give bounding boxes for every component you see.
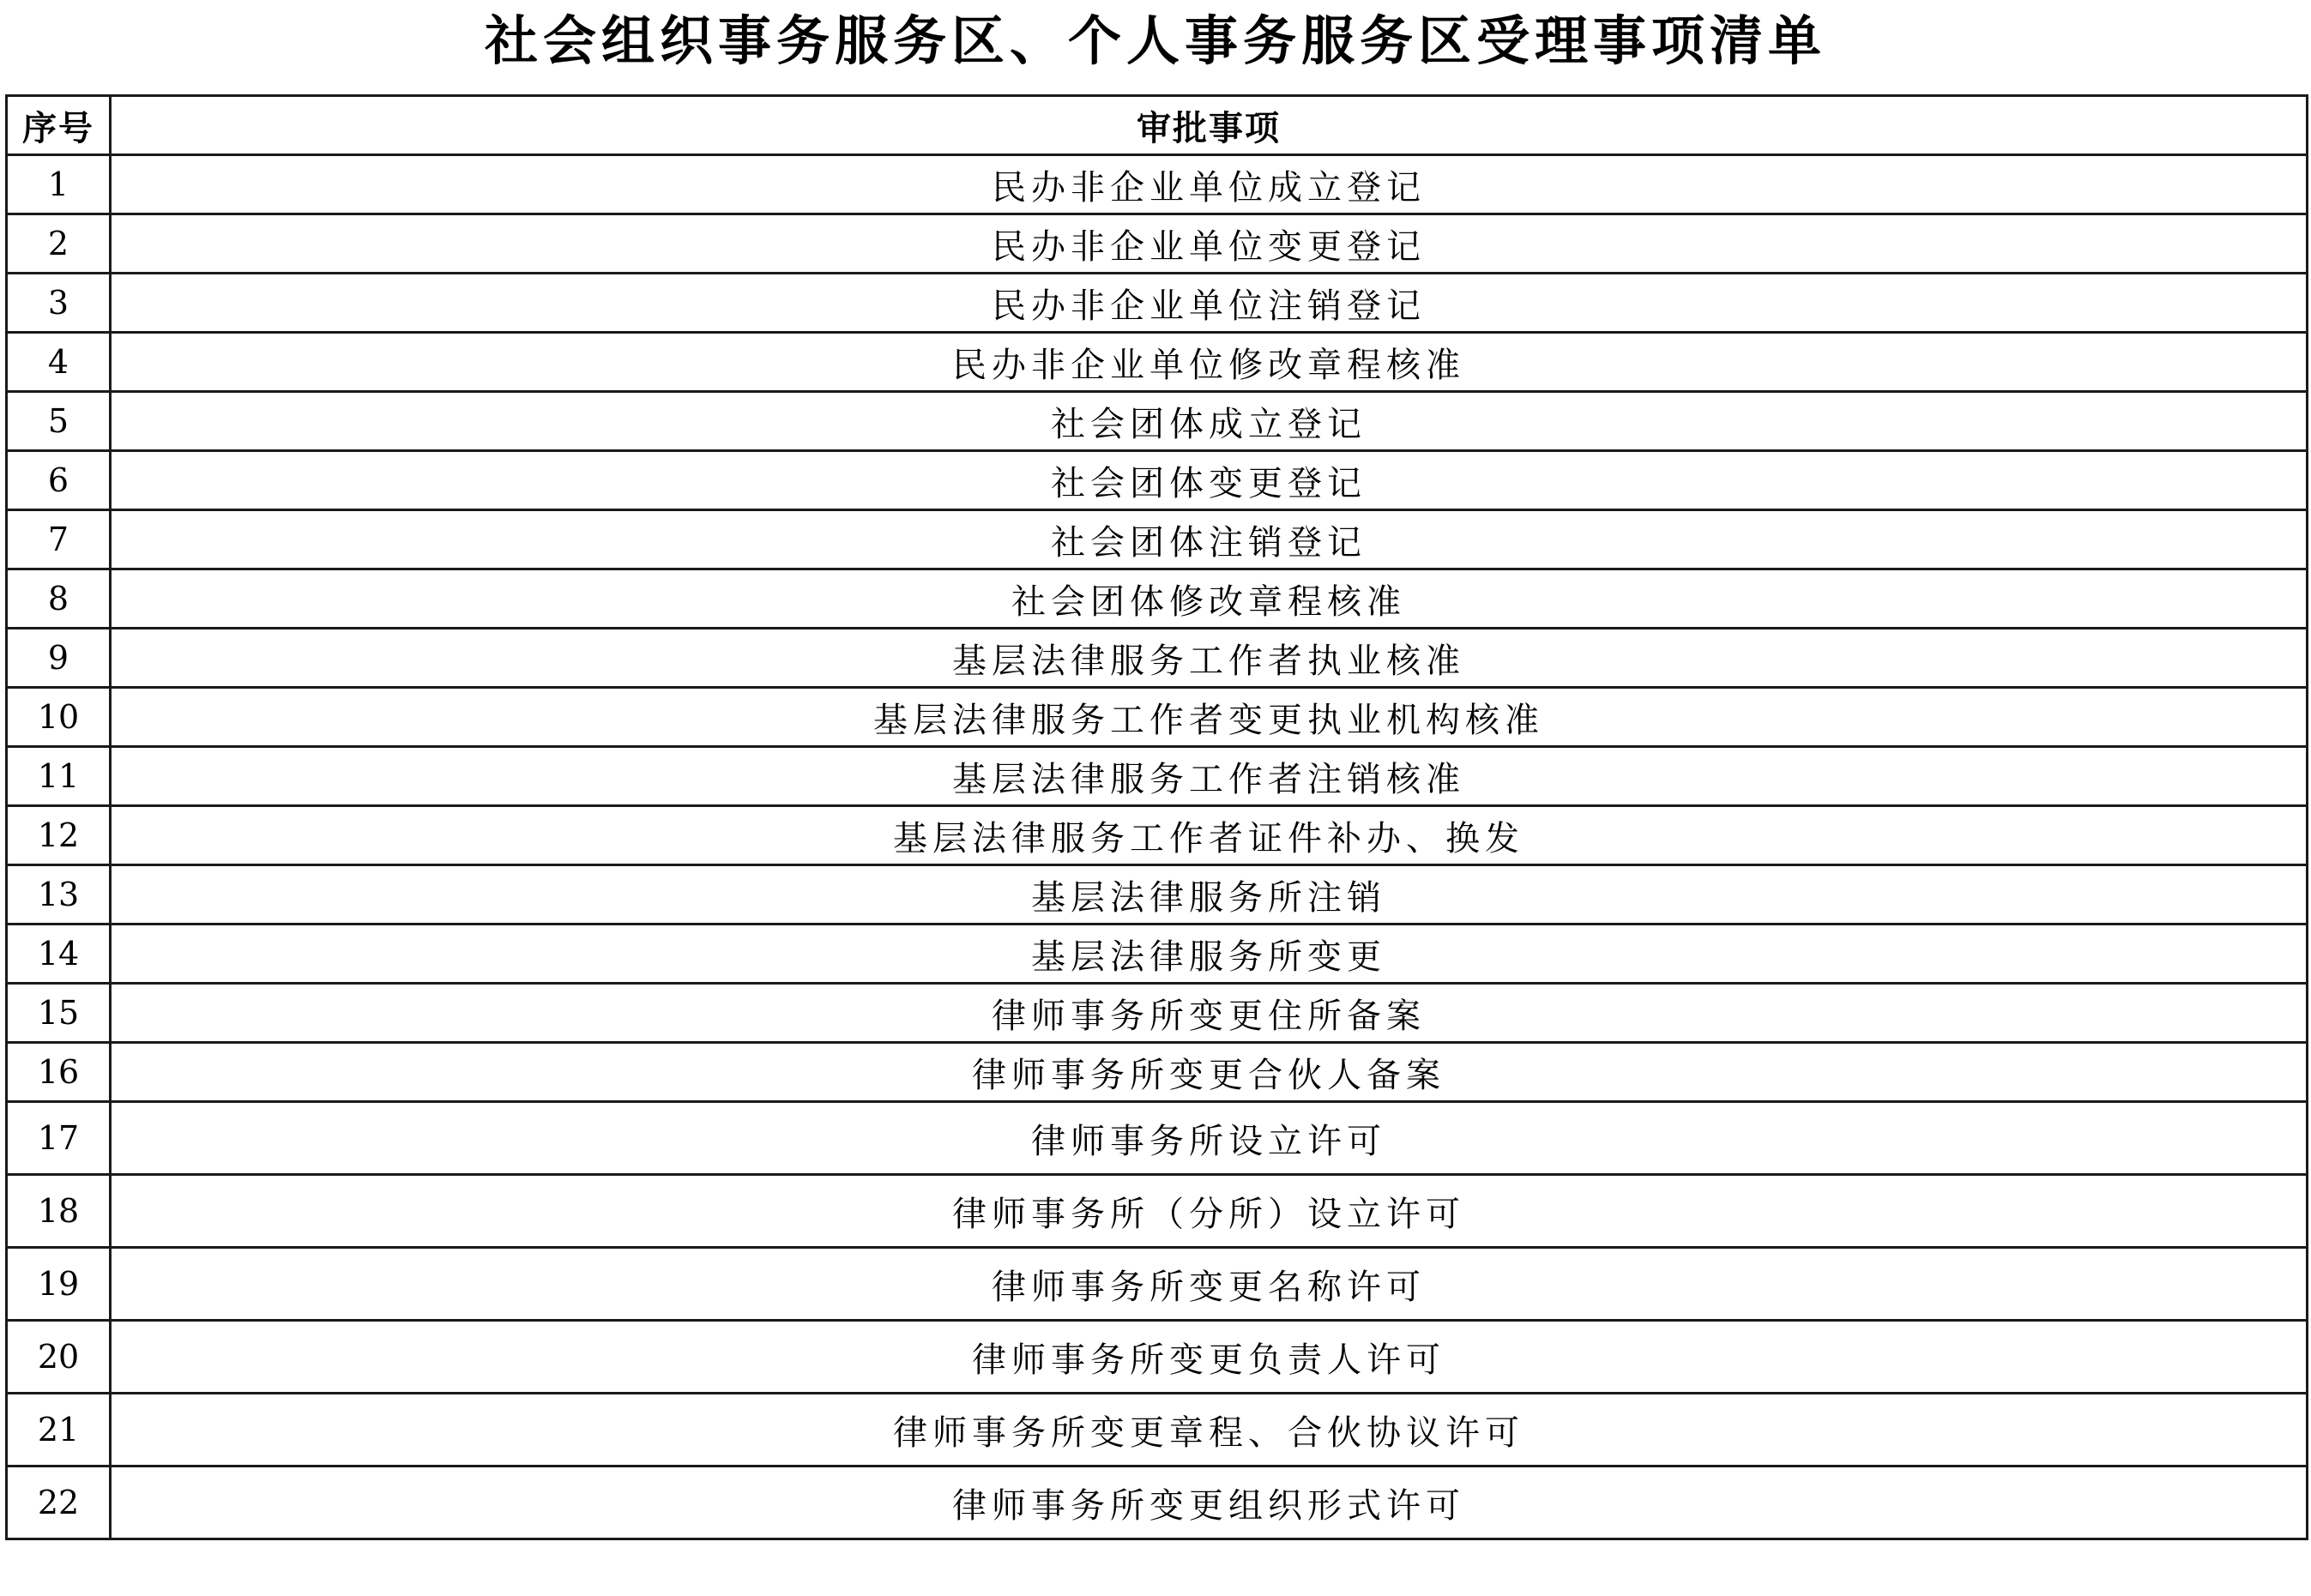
row-number: 17 [7, 1102, 111, 1175]
row-number: 16 [7, 1043, 111, 1102]
table-row: 8 社会团体修改章程核准 [7, 569, 2308, 629]
table-row: 12 基层法律服务工作者证件补办、换发 [7, 806, 2308, 865]
row-number: 4 [7, 333, 111, 392]
table-row: 20 律师事务所变更负责人许可 [7, 1321, 2308, 1394]
row-item: 基层法律服务工作者注销核准 [111, 747, 2308, 806]
approval-items-table: 序号 审批事项 1 民办非企业单位成立登记 2 民办非企业单位变更登记 3 民办… [5, 94, 2308, 1540]
row-item: 律师事务所变更名称许可 [111, 1248, 2308, 1321]
row-item: 律师事务所变更负责人许可 [111, 1321, 2308, 1394]
table-row: 17 律师事务所设立许可 [7, 1102, 2308, 1175]
table-row: 21 律师事务所变更章程、合伙协议许可 [7, 1394, 2308, 1467]
row-item: 基层法律服务所注销 [111, 865, 2308, 924]
row-item: 律师事务所变更合伙人备案 [111, 1043, 2308, 1102]
header-serial-number: 序号 [7, 96, 111, 155]
row-number: 8 [7, 569, 111, 629]
row-number: 1 [7, 155, 111, 214]
row-item: 律师事务所变更组织形式许可 [111, 1467, 2308, 1539]
row-number: 5 [7, 392, 111, 451]
row-number: 15 [7, 984, 111, 1043]
row-number: 11 [7, 747, 111, 806]
table-row: 1 民办非企业单位成立登记 [7, 155, 2308, 214]
row-item: 社会团体修改章程核准 [111, 569, 2308, 629]
row-number: 13 [7, 865, 111, 924]
row-item: 民办非企业单位注销登记 [111, 274, 2308, 333]
row-item: 民办非企业单位成立登记 [111, 155, 2308, 214]
table-row: 10 基层法律服务工作者变更执业机构核准 [7, 688, 2308, 747]
row-item: 基层法律服务工作者证件补办、换发 [111, 806, 2308, 865]
row-item: 民办非企业单位变更登记 [111, 214, 2308, 274]
table-row: 6 社会团体变更登记 [7, 451, 2308, 510]
row-number: 22 [7, 1467, 111, 1539]
row-number: 9 [7, 629, 111, 688]
row-number: 3 [7, 274, 111, 333]
row-number: 7 [7, 510, 111, 569]
row-item: 律师事务所设立许可 [111, 1102, 2308, 1175]
header-approval-item: 审批事项 [111, 96, 2308, 155]
table-row: 5 社会团体成立登记 [7, 392, 2308, 451]
row-item: 社会团体注销登记 [111, 510, 2308, 569]
row-item: 民办非企业单位修改章程核准 [111, 333, 2308, 392]
table-row: 16 律师事务所变更合伙人备案 [7, 1043, 2308, 1102]
row-number: 21 [7, 1394, 111, 1467]
row-item: 社会团体成立登记 [111, 392, 2308, 451]
row-number: 10 [7, 688, 111, 747]
row-item: 律师事务所（分所）设立许可 [111, 1175, 2308, 1248]
table-row: 7 社会团体注销登记 [7, 510, 2308, 569]
row-number: 2 [7, 214, 111, 274]
row-number: 19 [7, 1248, 111, 1321]
row-item: 基层法律服务工作者执业核准 [111, 629, 2308, 688]
document-title: 社会组织事务服务区、个人事务服务区受理事项清单 [0, 7, 2311, 75]
row-number: 6 [7, 451, 111, 510]
table-row: 22 律师事务所变更组织形式许可 [7, 1467, 2308, 1539]
row-item: 基层法律服务工作者变更执业机构核准 [111, 688, 2308, 747]
row-number: 18 [7, 1175, 111, 1248]
table-row: 3 民办非企业单位注销登记 [7, 274, 2308, 333]
row-number: 12 [7, 806, 111, 865]
table-header-row: 序号 审批事项 [7, 96, 2308, 155]
row-item: 律师事务所变更章程、合伙协议许可 [111, 1394, 2308, 1467]
row-number: 14 [7, 924, 111, 984]
table-row: 9 基层法律服务工作者执业核准 [7, 629, 2308, 688]
table-row: 19 律师事务所变更名称许可 [7, 1248, 2308, 1321]
row-number: 20 [7, 1321, 111, 1394]
table-row: 15 律师事务所变更住所备案 [7, 984, 2308, 1043]
row-item: 基层法律服务所变更 [111, 924, 2308, 984]
table-row: 2 民办非企业单位变更登记 [7, 214, 2308, 274]
table-row: 18 律师事务所（分所）设立许可 [7, 1175, 2308, 1248]
row-item: 社会团体变更登记 [111, 451, 2308, 510]
table-row: 14 基层法律服务所变更 [7, 924, 2308, 984]
table-row: 13 基层法律服务所注销 [7, 865, 2308, 924]
table-row: 11 基层法律服务工作者注销核准 [7, 747, 2308, 806]
row-item: 律师事务所变更住所备案 [111, 984, 2308, 1043]
table-row: 4 民办非企业单位修改章程核准 [7, 333, 2308, 392]
